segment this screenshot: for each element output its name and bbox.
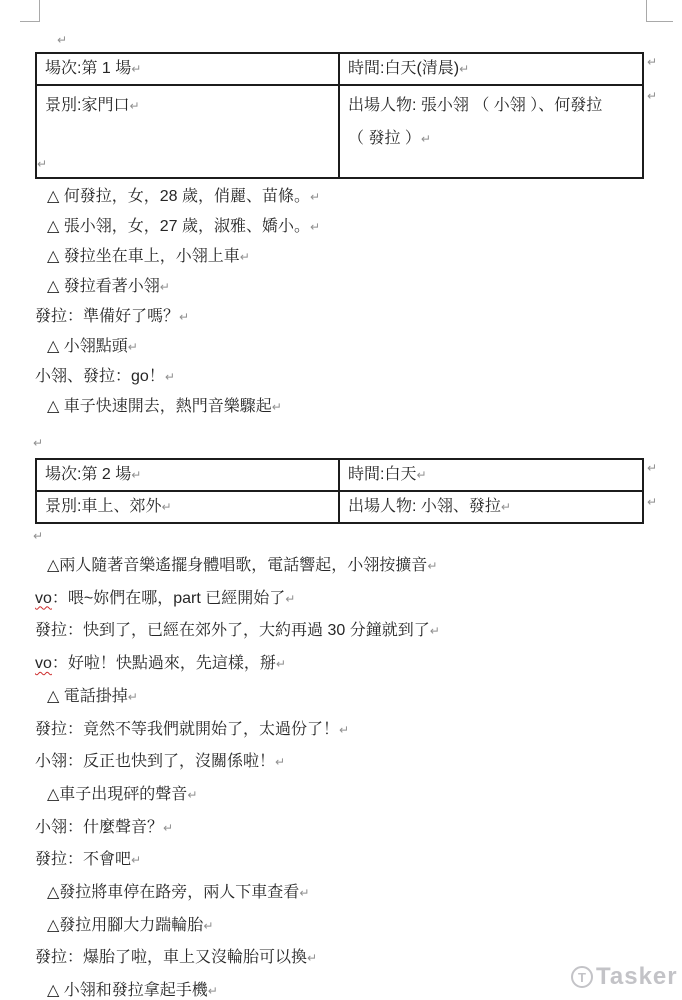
script-line: △兩人隨著音樂遙擺身體唱歌，電話響起，小翎按擴音↵: [35, 550, 655, 583]
paragraph-mark: ↵: [275, 755, 285, 769]
script-line: △ 張小翎，女，27 歲，淑雅、嬌小。↵: [35, 212, 655, 242]
line-text: 發拉：不會吧: [35, 851, 131, 868]
line-text: 發拉：快到了，已經在郊外了，大約再過 30 分鐘就到了: [35, 622, 430, 639]
cast-text: 出場人物: 張小翎 （ 小翎 ）、何發拉 （ 發拉 ）: [348, 97, 602, 147]
script-line: 發拉：竟然不等我們就開始了，太過份了！↵: [35, 714, 655, 747]
line-text: ：好啦！快點過來，先這樣，掰: [52, 655, 276, 672]
paragraph-mark: ↵: [276, 657, 286, 671]
script-line: 小翎：什麼聲音？↵: [35, 812, 655, 845]
cast-text: 出場人物: 小翎、發拉: [348, 498, 501, 515]
logo-letter: T: [578, 970, 586, 985]
paragraph-mark: ↵: [131, 468, 141, 482]
location-text: 景別:家門口: [45, 97, 129, 114]
row-end-mark: ↵: [647, 55, 657, 69]
location-cell: 景別:車上、郊外↵: [36, 491, 339, 523]
script-line: △ 發拉坐在車上，小翎上車↵: [35, 242, 655, 272]
line-text: 發拉：竟然不等我們就開始了，太過份了！: [35, 721, 339, 738]
row-end-mark: ↵: [647, 89, 657, 103]
paragraph-mark: ↵: [203, 919, 213, 933]
document-page: { "marks": { "pilcrow": "↵" }, "colors":…: [0, 0, 682, 1000]
line-text: △ 小翎點頭: [47, 338, 128, 355]
location-text: 景別:車上、郊外: [45, 498, 161, 515]
paragraph-mark: ↵: [33, 436, 43, 450]
line-text: △發拉用腳大力踹輪胎: [47, 917, 203, 934]
script-line: △ 小翎和發拉拿起手機↵: [35, 975, 655, 1000]
paragraph-mark: ↵: [161, 500, 171, 514]
cast-cell: 出場人物: 小翎、發拉↵: [339, 491, 643, 523]
paragraph-mark: ↵: [310, 220, 320, 234]
script-line: 發拉：快到了，已經在郊外了，大約再過 30 分鐘就到了↵: [35, 615, 655, 648]
time-text: 時間:白天(清晨): [348, 60, 459, 77]
line-text: 發拉：準備好了嗎？: [35, 308, 179, 325]
script-line: 發拉：爆胎了啦，車上又沒輪胎可以換↵: [35, 942, 655, 975]
paragraph-mark: ↵: [310, 190, 320, 204]
scene-2-script-block: △兩人隨著音樂遙擺身體唱歌，電話響起，小翎按擴音↵ vo：喂~妳們在哪，part…: [35, 550, 655, 1000]
paragraph-mark: ↵: [187, 788, 197, 802]
paragraph-mark: ↵: [421, 132, 431, 146]
scene-1-script-block: △ 何發拉，女，28 歲，俏麗、苗條。↵ △ 張小翎，女，27 歲，淑雅、嬌小。…: [35, 182, 655, 422]
paragraph-mark: ↵: [272, 400, 282, 414]
line-text: △ 發拉坐在車上，小翎上車: [47, 248, 240, 265]
line-text: ：喂~妳們在哪，part 已經開始了: [52, 590, 285, 607]
script-line: 小翎：反正也快到了，沒關係啦！↵: [35, 746, 655, 779]
script-line: 發拉：準備好了嗎？↵: [35, 302, 655, 332]
paragraph-mark: ↵: [128, 690, 138, 704]
script-line: vo：好啦！快點過來，先這樣，掰↵: [35, 648, 655, 681]
script-line: △ 何發拉，女，28 歲，俏麗、苗條。↵: [35, 182, 655, 212]
line-text: 小翎：反正也快到了，沒關係啦！: [35, 753, 275, 770]
script-line: △ 小翎點頭↵: [35, 332, 655, 362]
row-end-mark: ↵: [647, 461, 657, 475]
paragraph-mark: ↵: [163, 821, 173, 835]
paragraph-mark: ↵: [33, 529, 43, 543]
script-line: 發拉：不會吧↵: [35, 844, 655, 877]
spellcheck-flagged-word: vo: [35, 590, 52, 607]
spellcheck-flagged-word: vo: [35, 655, 52, 672]
paragraph-mark: ↵: [131, 853, 141, 867]
script-line: vo：喂~妳們在哪，part 已經開始了↵: [35, 583, 655, 616]
line-text: △ 張小翎，女，27 歲，淑雅、嬌小。: [47, 218, 310, 235]
time-cell: 時間:白天↵: [339, 459, 643, 491]
paragraph-mark: ↵: [416, 468, 426, 482]
scene-number-text: 場次:第 2 場: [45, 466, 131, 483]
paragraph-mark: ↵: [131, 62, 141, 76]
script-line: 小翎、發拉：go！↵: [35, 362, 655, 392]
line-text: 發拉：爆胎了啦，車上又沒輪胎可以換: [35, 949, 307, 966]
paragraph-mark: ↵: [307, 951, 317, 965]
paragraph-mark: ↵: [240, 250, 250, 264]
script-line: △發拉將車停在路旁，兩人下車查看↵: [35, 877, 655, 910]
script-line: △車子出現砰的聲音↵: [35, 779, 655, 812]
scene-1-heading-table: 場次:第 1 場↵ 時間:白天(清晨)↵ 景別:家門口↵ 出場人物: 張小翎 （…: [35, 52, 644, 179]
paragraph-mark: ↵: [128, 340, 138, 354]
line-text: △發拉將車停在路旁，兩人下車查看: [47, 884, 299, 901]
script-line: △ 電話掛掉↵: [35, 681, 655, 714]
watermark: T Tasker: [571, 963, 678, 991]
paragraph-mark: ↵: [129, 99, 139, 113]
scene-2-heading-table: 場次:第 2 場↵ 時間:白天↵ 景別:車上、郊外↵ 出場人物: 小翎、發拉↵: [35, 458, 644, 524]
paragraph-mark: ↵: [501, 500, 511, 514]
paragraph-mark: ↵: [165, 370, 175, 384]
paragraph-mark: ↵: [299, 886, 309, 900]
line-text: △ 發拉看著小翎: [47, 278, 160, 295]
paragraph-mark: ↵: [339, 723, 349, 737]
line-text: △ 小翎和發拉拿起手機: [47, 982, 208, 999]
paragraph-mark: ↵: [285, 592, 295, 606]
paragraph-mark: ↵: [427, 559, 437, 573]
watermark-brand-text: Tasker: [596, 963, 678, 991]
text-boundary-corner-left: [20, 0, 40, 22]
paragraph-mark: ↵: [459, 62, 469, 76]
scene-number-text: 場次:第 1 場: [45, 60, 131, 77]
row-end-mark: ↵: [647, 495, 657, 509]
time-cell: 時間:白天(清晨)↵: [339, 53, 643, 85]
line-text: 小翎、發拉：go！: [35, 368, 165, 385]
scene-number-cell: 場次:第 2 場↵: [36, 459, 339, 491]
paragraph-mark: ↵: [160, 280, 170, 294]
line-text: △ 車子快速開去，熱門音樂驟起: [47, 398, 272, 415]
line-text: △ 電話掛掉: [47, 688, 128, 705]
paragraph-mark: ↵: [179, 310, 189, 324]
line-text: △ 何發拉，女，28 歲，俏麗、苗條。: [47, 188, 310, 205]
line-text: △車子出現砰的聲音: [47, 786, 187, 803]
tasker-logo-icon: T: [571, 966, 593, 988]
paragraph-mark: ↵: [57, 33, 67, 47]
paragraph-mark: ↵: [430, 624, 440, 638]
text-boundary-corner-right: [646, 0, 673, 22]
cast-cell: 出場人物: 張小翎 （ 小翎 ）、何發拉 （ 發拉 ）↵: [339, 85, 643, 178]
line-text: 小翎：什麼聲音？: [35, 819, 163, 836]
script-line: △ 車子快速開去，熱門音樂驟起↵: [35, 392, 655, 422]
script-line: △發拉用腳大力踹輪胎↵: [35, 910, 655, 943]
scene-number-cell: 場次:第 1 場↵: [36, 53, 339, 85]
location-cell: 景別:家門口↵: [36, 85, 339, 178]
time-text: 時間:白天: [348, 466, 416, 483]
paragraph-mark: ↵: [208, 984, 218, 998]
script-line: △ 發拉看著小翎↵: [35, 272, 655, 302]
line-text: △兩人隨著音樂遙擺身體唱歌，電話響起，小翎按擴音: [47, 557, 427, 574]
